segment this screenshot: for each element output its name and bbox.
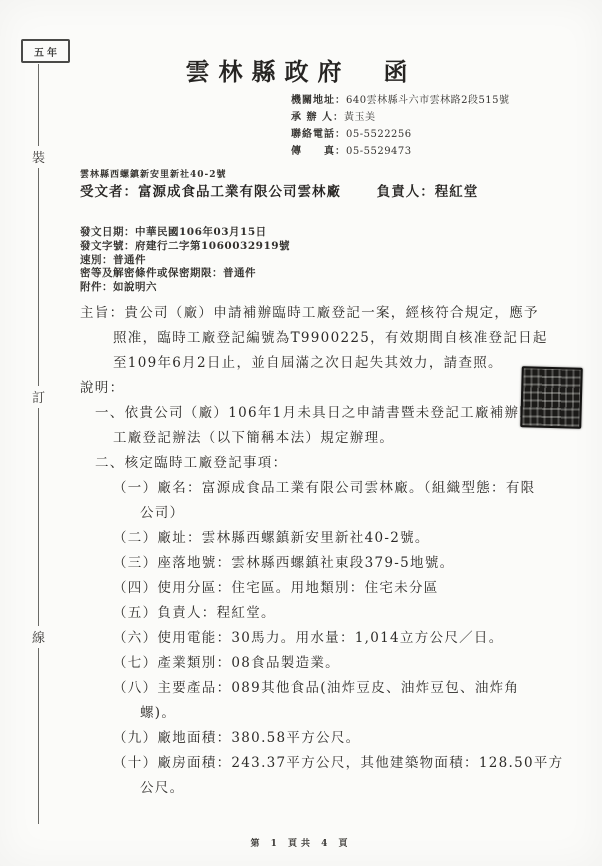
issue-date-line: 發文日期：中華民國106年03月15日: [80, 226, 290, 240]
registration-item-7: （七）產業類別：08食品製造業。: [80, 651, 546, 676]
subject-line: 主旨：貴公司（廠）申請補辦臨時工廠登記一案，經核符合規定，應予: [80, 301, 546, 326]
registration-item-6: （六）使用電能：30馬力。用水量：1,014立方公尺／日。: [80, 626, 546, 651]
registration-item-8-wrap: 螺)。: [80, 701, 546, 726]
contact-person-value: 黃玉美: [344, 109, 376, 126]
binding-line-segment: [38, 168, 39, 386]
recipient-address: 雲林縣西螺鎮新安里新社40-2號: [80, 167, 227, 180]
scanned-official-letter: 五年 裝 訂 線 雲林縣政府 函 機關地址： 640雲林縣斗六市雲林路2段515…: [0, 0, 602, 866]
explanation-item-2: 二、核定臨時工廠登記事項：: [80, 451, 546, 476]
agency-address-value: 640雲林縣斗六市雲林路2段515號: [346, 92, 510, 109]
letter-body: 主旨：貴公司（廠）申請補辦臨時工廠登記一案，經核符合規定，應予 照准，臨時工廠登…: [80, 301, 546, 801]
reference-number-line: 發文字號：府建行二字第1060032919號: [80, 240, 290, 254]
agency-info-block: 機關地址： 640雲林縣斗六市雲林路2段515號 承 辦 人： 黃玉美 聯絡電話…: [291, 92, 510, 160]
document-title: 雲林縣政府 函: [0, 52, 602, 87]
registration-item-2: （二）廠址：雲林縣西螺鎮新安里新社40-2號。: [80, 526, 546, 551]
subject-line-wrap: 至109年6月2日止，並自屆滿之次日起失其效力，請查照。: [80, 351, 546, 376]
agency-address-label: 機關地址：: [291, 92, 346, 109]
recipient-line: 受文者：富源成食品工業有限公司雲林廠 負責人：程紅堂: [80, 180, 478, 200]
binding-mark-zhuang: 裝: [31, 147, 46, 166]
explanation-heading: 說明：: [80, 376, 546, 401]
registration-item-8: （八）主要產品：089其他食品(油炸豆皮、油炸豆包、油炸角: [80, 676, 546, 701]
registration-item-3: （三）座落地號：雲林縣西螺鎮社東段379-5地號。: [80, 551, 546, 576]
phone-value: 05-5522256: [346, 126, 412, 143]
binding-line-segment: [38, 648, 39, 824]
agency-address-row: 機關地址： 640雲林縣斗六市雲林路2段515號: [291, 92, 510, 109]
agency-fax-row: 傳 真： 05-5529473: [291, 143, 510, 160]
phone-label: 聯絡電話：: [291, 126, 346, 143]
principal-text: 負責人：程紅堂: [377, 184, 479, 200]
subject-line-wrap: 照准，臨時工廠登記編號為T9900225，有效期間自核准登記日起: [80, 326, 546, 351]
registration-item-4: （四）使用分區：住宅區。用地類別：住宅未分區: [80, 576, 546, 601]
registration-item-5: （五）負責人：程紅堂。: [80, 601, 546, 626]
registration-item-1-wrap: 公司）: [80, 501, 546, 526]
registration-item-10: （十）廠房面積：243.37平方公尺，其他建築物面積：128.50平方: [80, 751, 546, 776]
addressee-text: 受文者：富源成食品工業有限公司雲林廠: [80, 184, 341, 200]
binding-mark-ding: 訂: [31, 387, 46, 406]
priority-line: 速別：普通件: [80, 254, 290, 268]
fax-label: 傳 真：: [291, 143, 346, 160]
explanation-item-1-wrap: 工廠登記辦法（以下簡稱本法）規定辦理。: [80, 426, 546, 451]
binding-mark-xian: 線: [31, 627, 46, 646]
attachment-line: 附件：如說明六: [80, 281, 290, 295]
contact-person-label: 承 辦 人：: [291, 109, 344, 126]
binding-line-segment: [38, 408, 39, 626]
agency-contact-person-row: 承 辦 人： 黃玉美: [291, 109, 510, 126]
page-number-footer: 第 1 頁共 4 頁: [0, 836, 602, 849]
registration-item-10-wrap: 公尺。: [80, 776, 546, 801]
fax-value: 05-5529473: [346, 143, 412, 160]
registration-item-9: （九）廠地面積：380.58平方公尺。: [80, 726, 546, 751]
registration-item-1: （一）廠名：富源成食品工業有限公司雲林廠。（組織型態：有限: [80, 476, 546, 501]
explanation-item-1: 一、依貴公司（廠）106年1月未具日之申請書暨未登記工廠補辦臨時: [80, 401, 546, 426]
agency-phone-row: 聯絡電話： 05-5522256: [291, 126, 510, 143]
official-seal-stamp-icon: [520, 366, 583, 429]
classification-line: 密等及解密條件或保密期限：普通件: [80, 267, 290, 281]
document-meta-block: 發文日期：中華民國106年03月15日 發文字號：府建行二字第106003291…: [80, 226, 290, 295]
